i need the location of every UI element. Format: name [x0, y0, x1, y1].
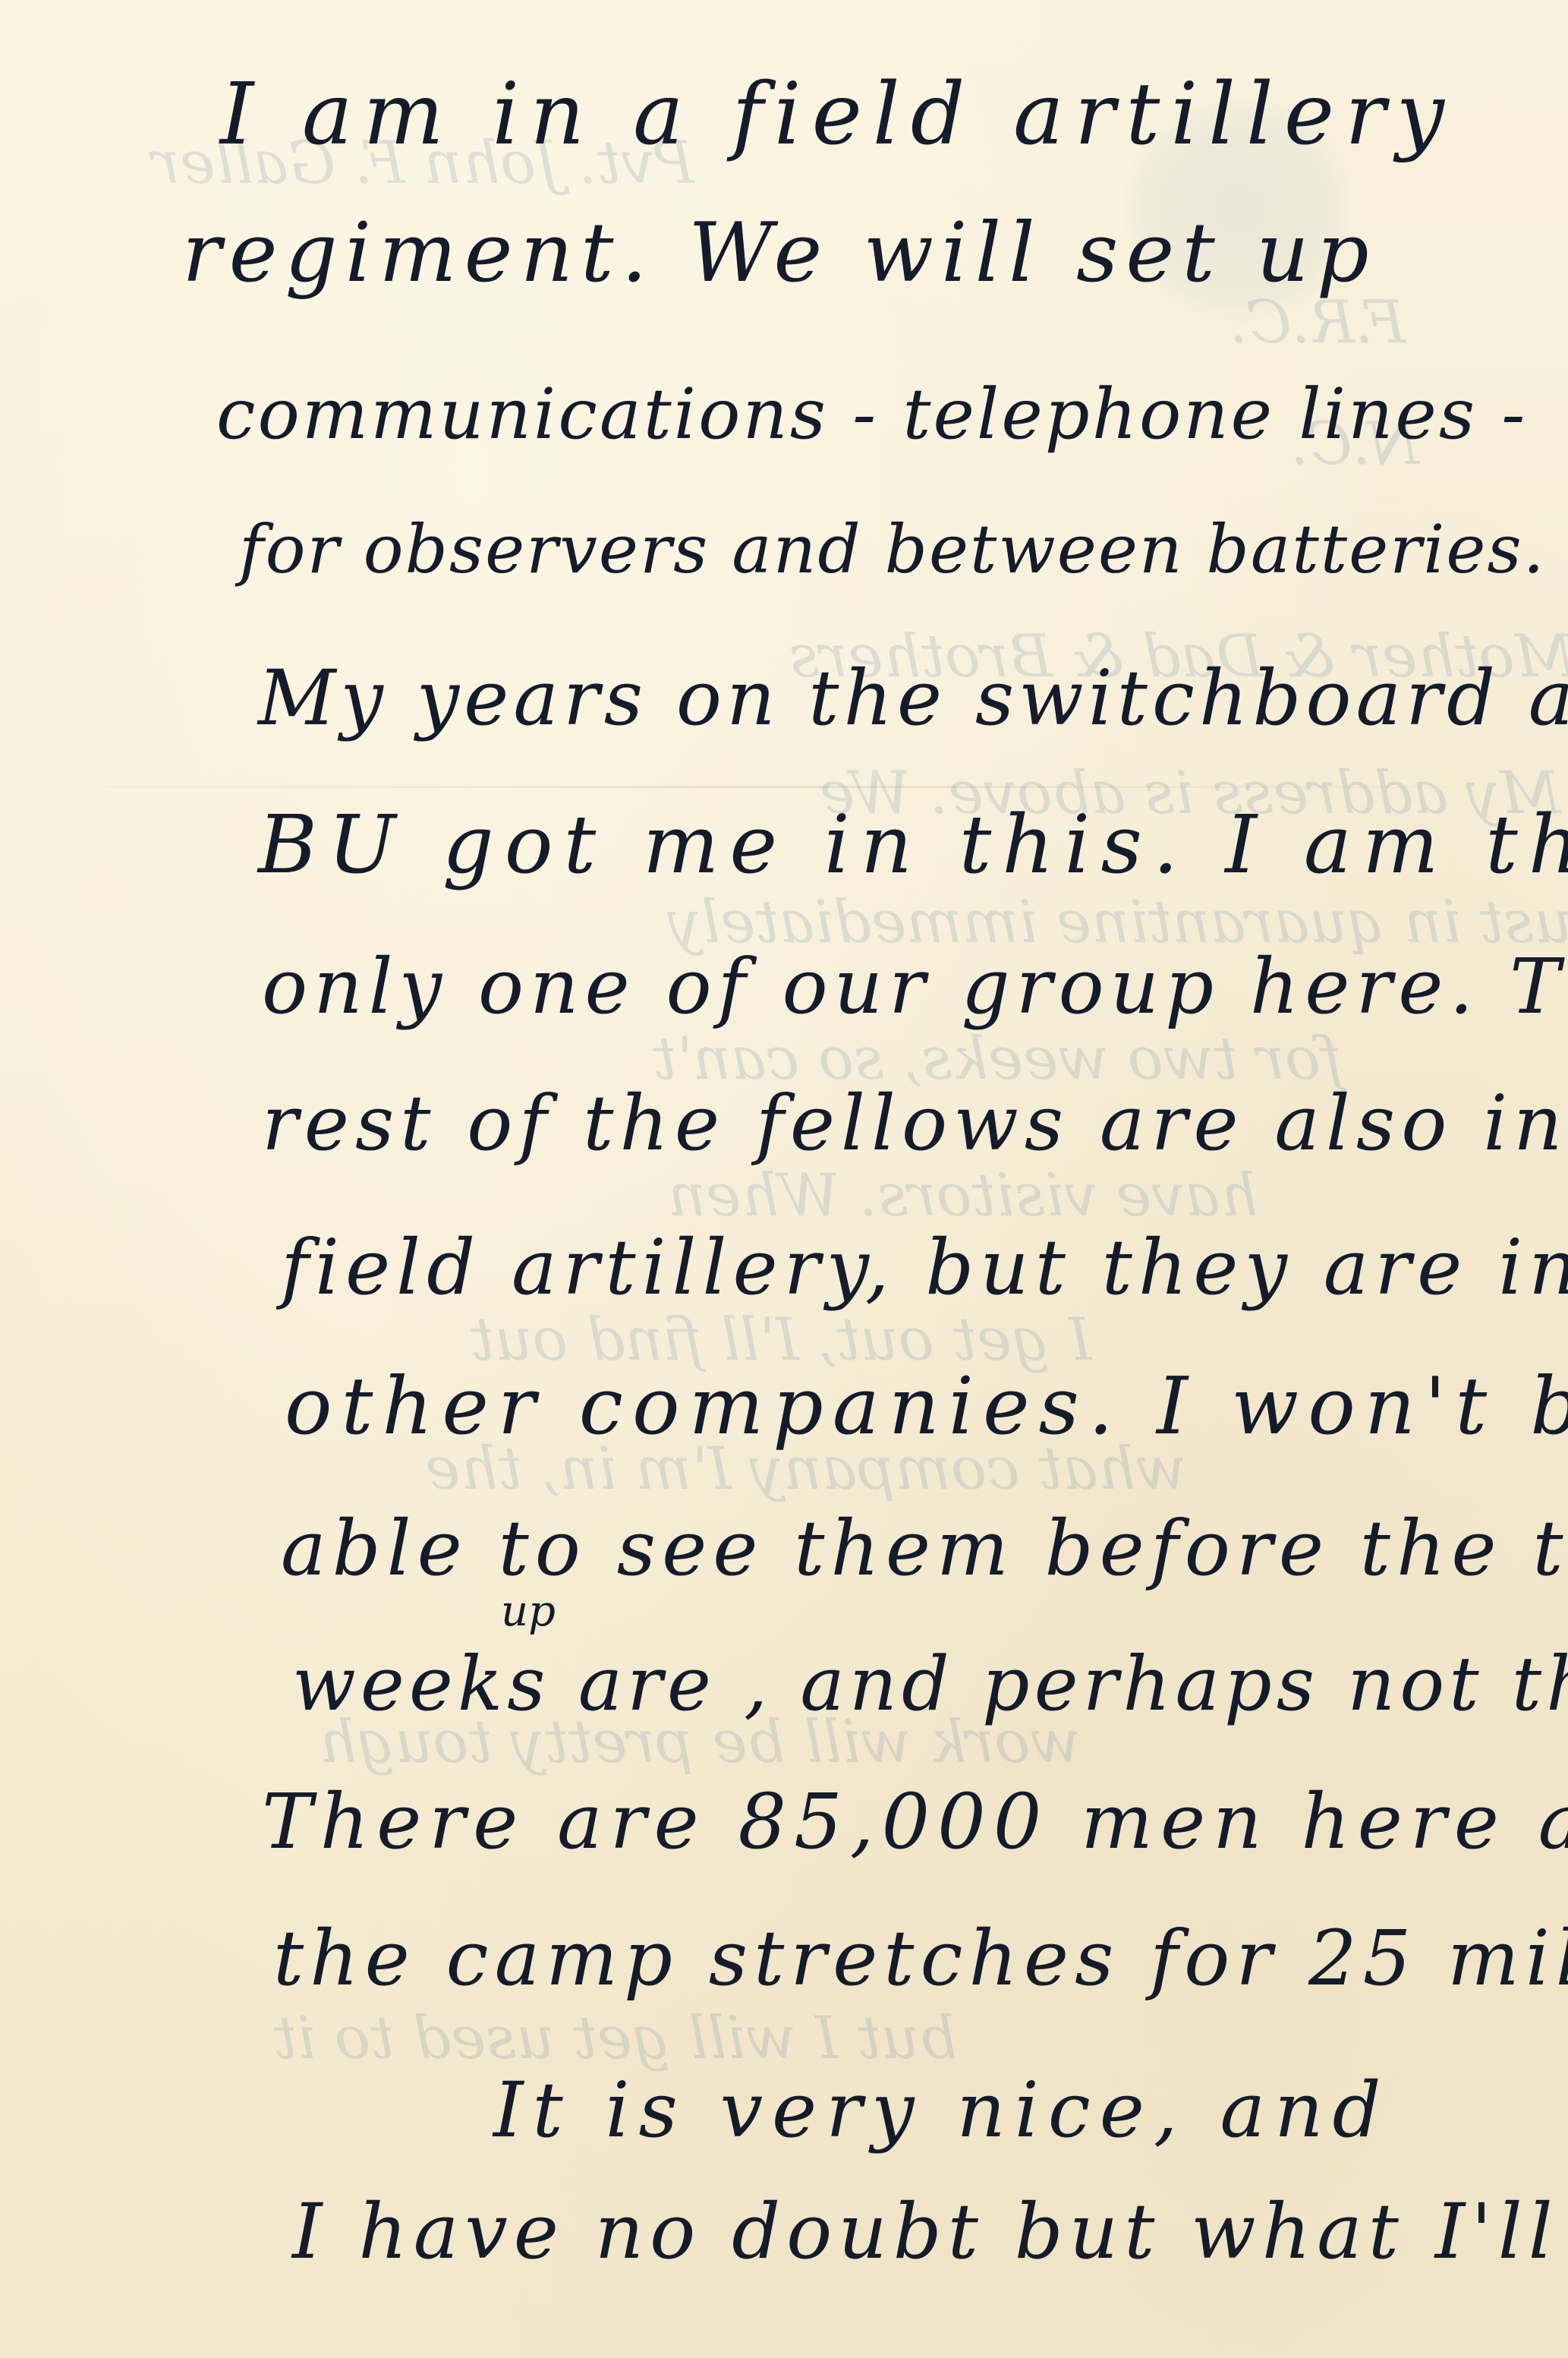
letter-line-2: regiment. We will set up [182, 213, 1377, 295]
bleed-through-line: have visitors. When [668, 1162, 1258, 1230]
bleed-through-line: but I will get used to it [273, 2004, 957, 2073]
letter-line-14: the camp stretches for 25 miles. [273, 1921, 1568, 1997]
letter-line-1: I am in a field artillery [220, 72, 1455, 157]
letter-line-6: BU got me in this. I am the [258, 805, 1568, 885]
letter-line-8: rest of the fellows are also in [262, 1086, 1568, 1162]
letter-line-12: weeks are , and perhaps not then. [292, 1647, 1568, 1722]
letter-line-11: able to see them before the two [281, 1511, 1568, 1587]
letter-line-4: for observers and between batteries. [239, 516, 1546, 583]
letter-line-5: My years on the switchboard at [258, 660, 1568, 736]
inserted-word-up: up [501, 1587, 556, 1636]
letter-line-7: only one of our group here. The [262, 949, 1568, 1025]
letter-line-13: There are 85,000 men here and [262, 1784, 1568, 1860]
letter-line-16: I have no doubt but what I'll [292, 2194, 1559, 2270]
letter-line-15: It is very nice, and [493, 2073, 1390, 2148]
letter-line-9: field artillery, but they are in [281, 1230, 1568, 1306]
letter-line-10: other companies. I won't be [285, 1367, 1568, 1445]
letter-line-3: communications - telephone lines - [216, 380, 1527, 449]
